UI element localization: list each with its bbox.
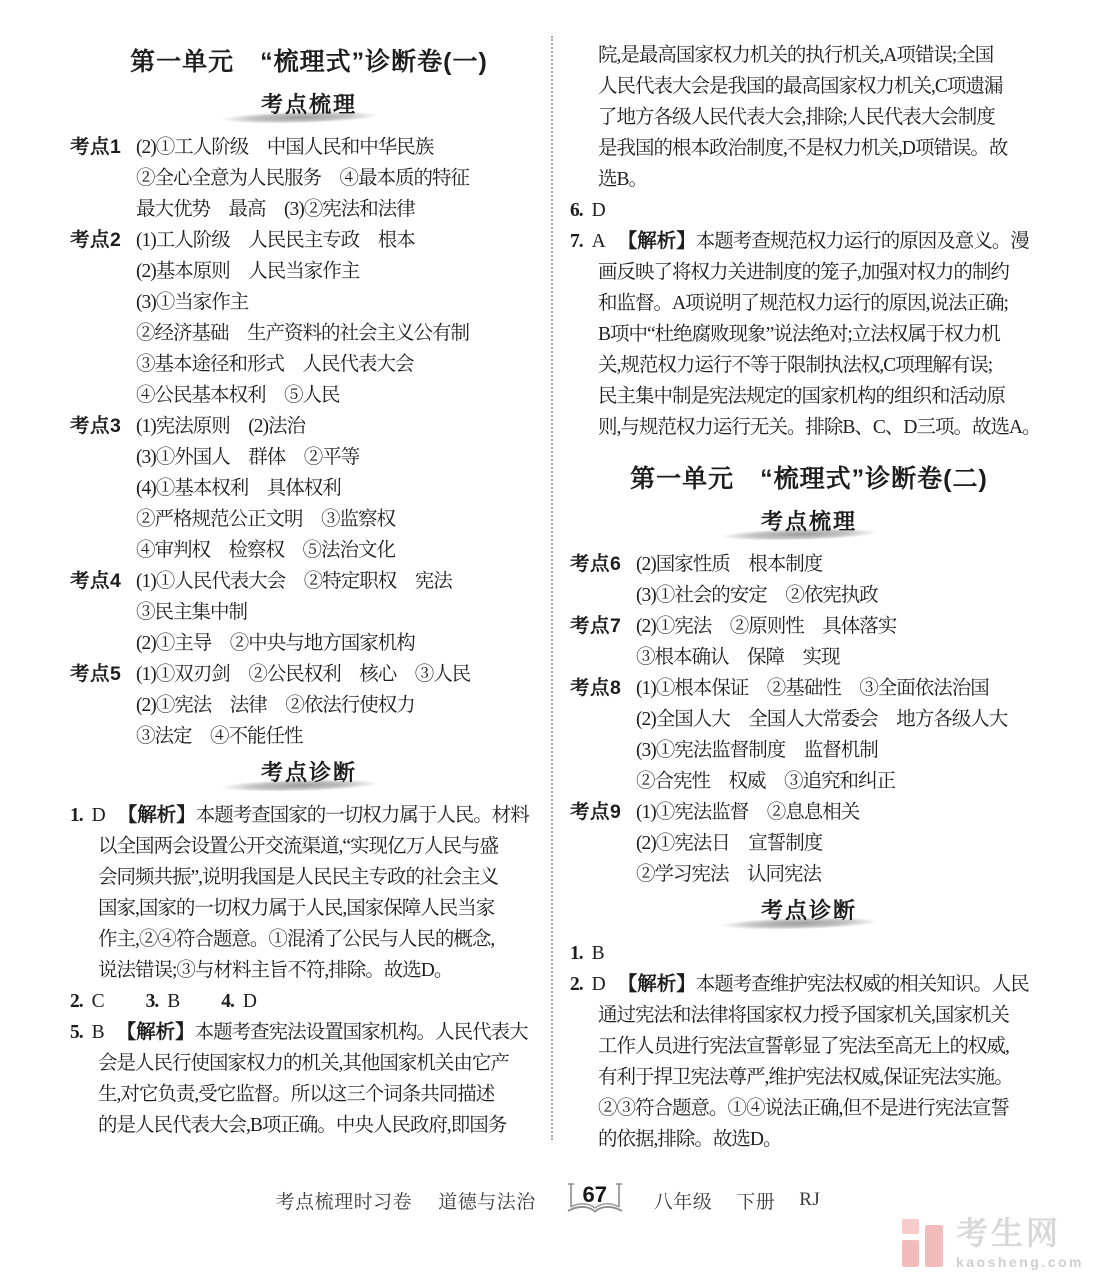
answer-first-line: 1.B	[570, 938, 1048, 969]
point-line: ④公民基本权利 ⑤人民	[136, 380, 548, 411]
point-line: ②学习宪法 认同宪法	[636, 859, 1048, 890]
point-line: ②严格规范公正文明 ③监察权	[136, 504, 548, 535]
answer-block: 2.D【解析】本题考查维护宪法权威的相关知识。人民通过宪法和法律将国家权力授予国…	[570, 969, 1048, 1155]
point-line: (2)①工人阶级 中国人民和中华民族	[136, 132, 548, 163]
column-divider	[551, 36, 553, 1140]
answer-line: 民主集中制是宪法规定的国家机构的组织和活动原	[598, 381, 1048, 412]
point-line: ③基本途径和形式 人民代表大会	[136, 349, 548, 380]
point-line: (2)国家性质 根本制度	[636, 549, 1048, 580]
point-label: 考点4	[70, 566, 121, 597]
point-block: 考点2(1)工人阶级 人民民主专政 根本(2)基本原则 人民当家作主(3)①当家…	[70, 225, 548, 411]
answer-line: 了地方各级人民代表大会,排除;人民代表大会制度	[598, 102, 1048, 133]
answer-line: 选B。	[598, 164, 1048, 195]
answer-number: 1.	[70, 805, 83, 826]
answer-item: 3.B	[146, 991, 182, 1012]
point-label: 考点7	[570, 611, 621, 642]
footer-grade: 八年级	[654, 1187, 713, 1214]
section-header-label: 考点梳理	[761, 509, 857, 534]
answer-block: 7.A【解析】本题考查规范权力运行的原因及意义。漫画反映了将权力关进制度的笼子,…	[570, 226, 1048, 443]
point-line: (3)①社会的安定 ②依宪执政	[636, 580, 1048, 611]
section-header: 考点梳理	[70, 84, 548, 132]
answer-line: 通过宪法和法律将国家权力授予国家机关,国家机关	[598, 1000, 1048, 1031]
answer-number: 2.	[70, 991, 83, 1012]
answer-number: 1.	[570, 943, 583, 964]
point-line: (2)基本原则 人民当家作主	[136, 256, 548, 287]
section-header: 考点诊断	[70, 752, 548, 800]
point-line: ②合宪性 权威 ③追究和纠正	[636, 766, 1048, 797]
answer-line: B项中“杜绝腐败现象”说法绝对;立法权属于权力机	[598, 319, 1048, 350]
answer-text: 本题考查维护宪法权威的相关知识。人民	[696, 974, 1029, 995]
answer-letter: B	[167, 991, 179, 1012]
page-number: 67	[566, 1182, 624, 1208]
watermark-site-name: 考生网	[956, 1216, 1084, 1250]
point-label: 考点1	[70, 132, 121, 163]
point-line: ③法定 ④不能任性	[136, 721, 548, 752]
point-line: (3)①外国人 群体 ②平等	[136, 442, 548, 473]
answer-line: 有利于捍卫宪法尊严,维护宪法权威,保证宪法实施。	[598, 1062, 1048, 1093]
answer-line: ②③符合题意。①④说法正确,但不是进行宪法宣誓	[598, 1093, 1048, 1124]
answer-key-page: 第一单元 “梳理式”诊断卷(一)考点梳理考点1(2)①工人阶级 中国人民和中华民…	[0, 0, 1096, 1276]
answer-letter: C	[92, 991, 104, 1012]
unit-title: 第一单元 “梳理式”诊断卷(二)	[570, 457, 1048, 501]
left-column: 第一单元 “梳理式”诊断卷(一)考点梳理考点1(2)①工人阶级 中国人民和中华民…	[70, 40, 548, 1141]
answer-number: 6.	[570, 200, 583, 221]
answer-line: 生,对它负责,受它监督。所以这三个词条共同描述	[98, 1079, 548, 1110]
point-block: 考点1(2)①工人阶级 中国人民和中华民族②全心全意为人民服务 ④最本质的特征最…	[70, 132, 548, 225]
section-header-label: 考点诊断	[261, 760, 357, 785]
watermark-text: 考生网 kaosheng.com	[956, 1216, 1084, 1270]
answer-item: 4.D	[221, 991, 258, 1012]
answer-letter: D	[243, 991, 256, 1012]
answer-line: 则,与规范权力运行无关。排除B、C、D三项。故选A。	[598, 412, 1048, 443]
point-line: (1)①根本保证 ②基础性 ③全面依法治国	[636, 673, 1048, 704]
logo-block	[902, 1240, 919, 1267]
unit-title: 第一单元 “梳理式”诊断卷(一)	[70, 40, 548, 84]
answer-letter: D	[592, 974, 605, 995]
section-header-label: 考点梳理	[261, 92, 357, 117]
kaosheng-logo-icon	[902, 1219, 944, 1267]
point-line: 最大优势 最高 (3)②宪法和法律	[136, 194, 548, 225]
paragraph-continuation: 院,是最高国家权力机关的执行机关,A项错误;全国人民代表大会是我国的最高国家权力…	[570, 40, 1048, 195]
answer-letter: D	[592, 200, 605, 221]
point-block: 考点7(2)①宪法 ②原则性 具体落实③根本确认 保障 实现	[570, 611, 1048, 673]
answer-line: 会是人民行使国家权力的机关,其他国家机关由它产	[98, 1048, 548, 1079]
point-label: 考点9	[570, 797, 621, 828]
answer-number: 7.	[570, 231, 583, 252]
answer-line: 以全国两会设置公开交流渠道,“实现亿万人民与盛	[98, 831, 548, 862]
section-header-label: 考点诊断	[761, 898, 857, 923]
point-label: 考点8	[570, 673, 621, 704]
kaosheng-watermark: 考生网 kaosheng.com	[902, 1216, 1084, 1270]
point-block: 考点8(1)①根本保证 ②基础性 ③全面依法治国(2)全国人大 全国人大常委会 …	[570, 673, 1048, 797]
answer-line: 画反映了将权力关进制度的笼子,加强对权力的制约	[598, 257, 1048, 288]
answer-number: 2.	[570, 974, 583, 995]
answer-number: 4.	[221, 991, 234, 1012]
answer-line: 人民代表大会是我国的最高国家权力机关,C项遗漏	[598, 71, 1048, 102]
section-header: 考点梳理	[570, 501, 1048, 549]
point-label: 考点5	[70, 659, 121, 690]
answer-line: 的依据,排除。故选D。	[598, 1124, 1048, 1155]
point-label: 考点2	[70, 225, 121, 256]
point-line: (4)①基本权利 具体权利	[136, 473, 548, 504]
answer-first-line: 2.D【解析】本题考查维护宪法权威的相关知识。人民	[570, 969, 1048, 1000]
answer-line: 说法错误;③与材料主旨不符,排除。故选D。	[98, 955, 548, 986]
point-block: 考点9(1)①宪法监督 ②息息相关(2)①宪法日 宣誓制度②学习宪法 认同宪法	[570, 797, 1048, 890]
point-line: ②经济基础 生产资料的社会主义公有制	[136, 318, 548, 349]
answer-block: 6.D	[570, 195, 1048, 226]
point-label: 考点6	[570, 549, 621, 580]
analysis-tag: 【解析】	[618, 230, 696, 252]
footer-subject: 道德与法治	[438, 1187, 536, 1214]
point-block: 考点6(2)国家性质 根本制度(3)①社会的安定 ②依宪执政	[570, 549, 1048, 611]
point-line: (3)①当家作主	[136, 287, 548, 318]
answer-letter: D	[92, 805, 105, 826]
answer-line: 作主,②④符合题意。①混淆了公民与人民的概念,	[98, 924, 548, 955]
point-line: (2)①宪法 法律 ②依法行使权力	[136, 690, 548, 721]
answer-first-line: 1.D【解析】本题考查国家的一切权力属于人民。材料	[70, 800, 548, 831]
point-line: ③根本确认 保障 实现	[636, 642, 1048, 673]
point-block: 考点3(1)宪法原则 (2)法治(3)①外国人 群体 ②平等(4)①基本权利 具…	[70, 411, 548, 566]
section-header: 考点诊断	[570, 890, 1048, 938]
point-line: (2)①宪法 ②原则性 具体落实	[636, 611, 1048, 642]
point-block: 考点5(1)①双刃剑 ②公民权利 核心 ③人民(2)①宪法 法律 ②依法行使权力…	[70, 659, 548, 752]
watermark-site-url: kaosheng.com	[956, 1254, 1084, 1270]
answer-line: 是我国的根本政治制度,不是权力机关,D项错误。故	[598, 133, 1048, 164]
point-line: ②全心全意为人民服务 ④最本质的特征	[136, 163, 548, 194]
analysis-tag: 【解析】	[117, 1021, 195, 1043]
footer-volume: 下册	[736, 1187, 775, 1214]
point-line: (3)①宪法监督制度 监督机制	[636, 735, 1048, 766]
answer-block: 1.D【解析】本题考查国家的一切权力属于人民。材料以全国两会设置公开交流渠道,“…	[70, 800, 548, 986]
answer-number: 3.	[146, 991, 159, 1012]
answer-number: 5.	[70, 1022, 83, 1043]
answer-line: 关,规范权力运行不等于限制执法权,C项理解有误;	[598, 350, 1048, 381]
answer-line: 和监督。A项说明了规范权力运行的原因,说法正确;	[598, 288, 1048, 319]
answer-block: 1.B	[570, 938, 1048, 969]
point-label: 考点3	[70, 411, 121, 442]
point-line: ③民主集中制	[136, 597, 548, 628]
answer-line: 院,是最高国家权力机关的执行机关,A项错误;全国	[598, 40, 1048, 71]
point-line: (2)全国人大 全国人大常委会 地方各级人大	[636, 704, 1048, 735]
point-line: (1)①宪法监督 ②息息相关	[636, 797, 1048, 828]
point-line: (1)宪法原则 (2)法治	[136, 411, 548, 442]
answer-line: 会同频共振”,说明我国是人民民主专政的社会主义	[98, 862, 548, 893]
answer-letter: B	[592, 943, 604, 964]
answer-first-line: 5.B【解析】本题考查宪法设置国家机构。人民代表大	[70, 1017, 548, 1048]
point-line: (1)①人民代表大会 ②特定职权 宪法	[136, 566, 548, 597]
logo-block	[902, 1219, 919, 1234]
point-line: (1)工人阶级 人民民主专政 根本	[136, 225, 548, 256]
answer-first-line: 6.D	[570, 195, 1048, 226]
answer-row: 2.C3.B4.D	[70, 986, 548, 1017]
right-column: 院,是最高国家权力机关的执行机关,A项错误;全国人民代表大会是我国的最高国家权力…	[570, 40, 1048, 1155]
point-line: (2)①主导 ②中央与地方国家机构	[136, 628, 548, 659]
answer-block: 5.B【解析】本题考查宪法设置国家机构。人民代表大会是人民行使国家权力的机关,其…	[70, 1017, 548, 1141]
answer-item: 2.C	[70, 991, 106, 1012]
point-line: (1)①双刃剑 ②公民权利 核心 ③人民	[136, 659, 548, 690]
answer-first-line: 7.A【解析】本题考查规范权力运行的原因及意义。漫	[570, 226, 1048, 257]
answer-letter: A	[592, 231, 605, 252]
answer-line: 国家,国家的一切权力属于人民,国家保障人民当家	[98, 893, 548, 924]
logo-block	[925, 1225, 943, 1267]
point-line: ④审判权 检察权 ⑤法治文化	[136, 535, 548, 566]
answer-line: 工作人员进行宪法宣誓彰显了宪法至高无上的权威,	[598, 1031, 1048, 1062]
page-number-book-icon: 67	[566, 1181, 624, 1219]
answer-text: 本题考查国家的一切权力属于人民。材料	[196, 805, 529, 826]
footer-series-title: 考点梳理时习卷	[276, 1187, 413, 1214]
answer-line: 的是人民代表大会,B项正确。中央人民政府,即国务	[98, 1110, 548, 1141]
answer-letter: B	[92, 1022, 104, 1043]
point-line: (2)①宪法日 宣誓制度	[636, 828, 1048, 859]
footer-edition: RJ	[799, 1189, 820, 1211]
point-block: 考点4(1)①人民代表大会 ②特定职权 宪法③民主集中制(2)①主导 ②中央与地…	[70, 566, 548, 659]
analysis-tag: 【解析】	[118, 804, 196, 826]
analysis-tag: 【解析】	[618, 973, 696, 995]
answer-text: 本题考查宪法设置国家机构。人民代表大	[195, 1022, 528, 1043]
answer-text: 本题考查规范权力运行的原因及意义。漫	[696, 231, 1029, 252]
